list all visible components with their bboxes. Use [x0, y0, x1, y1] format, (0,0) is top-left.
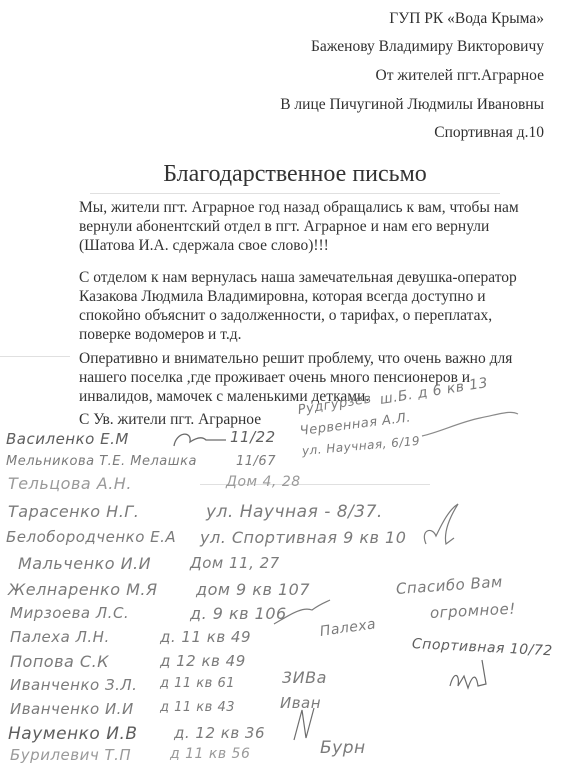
scan-artifact-line [90, 193, 500, 194]
paragraph-line: Мы, жители пгт. Аграрное год назад обращ… [79, 198, 549, 217]
handwritten-name-6: Мальченко И.И [18, 554, 151, 573]
handwritten-thanks-line-1: Спасибо Вам [395, 573, 503, 598]
signature-scribble [446, 656, 496, 696]
scan-artifact-line [0, 356, 70, 357]
paragraph-line: Оперативно и внимательно решит проблему,… [79, 349, 549, 368]
handwritten-address-4: ул. Научная - 8/37. [206, 502, 383, 522]
sender-group: От жителей пгт.Аграрное [376, 67, 544, 85]
paragraph-line: вернули абонентский отдел в пгт. Аграрно… [79, 217, 549, 236]
signature-scribble [420, 412, 520, 442]
handwritten-address-6: Дом 11, 27 [190, 554, 280, 572]
paragraph-1: Мы, жители пгт. Аграрное год назад обращ… [79, 198, 549, 255]
paragraph-line: поверке водомеров и т.д. [79, 325, 549, 344]
handwritten-name-12: Иванченко И.И [10, 700, 134, 718]
handwritten-name-9: Палеха Л.Н. [10, 628, 110, 646]
handwritten-name-2: Мельникова Т.Е. Мелашка [6, 454, 197, 469]
sender-representative: В лице Пичугиной Людмилы Ивановны [280, 96, 544, 114]
paragraph-2: С отделом к нам вернулась наша замечател… [79, 268, 549, 344]
recipient-name: Баженову Владимиру Викторовичу [311, 38, 544, 56]
handwritten-address-11: д 11 кв 61 [160, 676, 235, 691]
handwritten-name-3: Тельцова А.Н. [8, 474, 132, 493]
handwritten-name-13: Науменко И.В [8, 724, 138, 744]
paragraph-line: (Шатова И.А. сдержала свое слово)!!! [79, 236, 549, 255]
handwritten-name-4: Тарасенко Н.Г. [8, 502, 139, 521]
handwritten-right-address-2: ул. Научная, 6/19 [301, 434, 420, 458]
handwritten-thanks-line-2: огромное! [430, 600, 517, 622]
handwritten-name-10: Попова С.К [10, 652, 109, 671]
handwritten-name-5: Белобородченко Е.А [6, 528, 176, 546]
signature-scribble [418, 500, 468, 552]
paragraph-line: спокойно объяснит о задолженности, о тар… [79, 306, 549, 325]
handwritten-address-13: д. 12 кв 36 [174, 724, 265, 742]
handwritten-name-11: Иванченко З.Л. [10, 676, 137, 694]
handwritten-name-1: Василенко Е.М [6, 430, 129, 448]
signature-scribble [290, 704, 320, 744]
letter-title: Благодарственное письмо [0, 160, 570, 188]
handwritten-address-2: 11/67 [236, 454, 276, 469]
scanned-letter-page: ГУП РК «Вода Крыма» Баженову Владимиру В… [0, 0, 570, 768]
handwritten-name-14: Бурилевич Т.П [10, 746, 131, 764]
sender-address: Спортивная д.10 [434, 124, 544, 142]
handwritten-name-8: Мирзоева Л.С. [10, 604, 129, 622]
handwritten-address-5: ул. Спортивная 9 кв 10 [200, 528, 406, 547]
handwritten-address-7: дом 9 кв 107 [196, 580, 310, 599]
handwritten-signature-2: 3ИВа [282, 668, 327, 687]
handwritten-signature-4: Бурн [320, 738, 366, 758]
handwritten-address-12: д 11 кв 43 [160, 700, 235, 715]
handwritten-name-7: Желнаренко М.Я [8, 580, 158, 599]
handwritten-address-14: д 11 кв 56 [170, 746, 250, 762]
recipient-organization: ГУП РК «Вода Крыма» [389, 10, 544, 28]
handwritten-address-9: д. 11 кв 49 [160, 628, 251, 646]
handwritten-address-3: Дом 4, 28 [226, 474, 301, 490]
handwritten-address-1: 11/22 [230, 428, 276, 446]
signature-scribble [170, 428, 230, 450]
closing-line: С Ув. жители пгт. Аграрное [79, 410, 261, 429]
paragraph-line: С отделом к нам вернулась наша замечател… [79, 268, 549, 287]
paragraph-line: Казакова Людмила Владимировна, которая в… [79, 287, 549, 306]
handwritten-address-10: д 12 кв 49 [160, 652, 246, 670]
